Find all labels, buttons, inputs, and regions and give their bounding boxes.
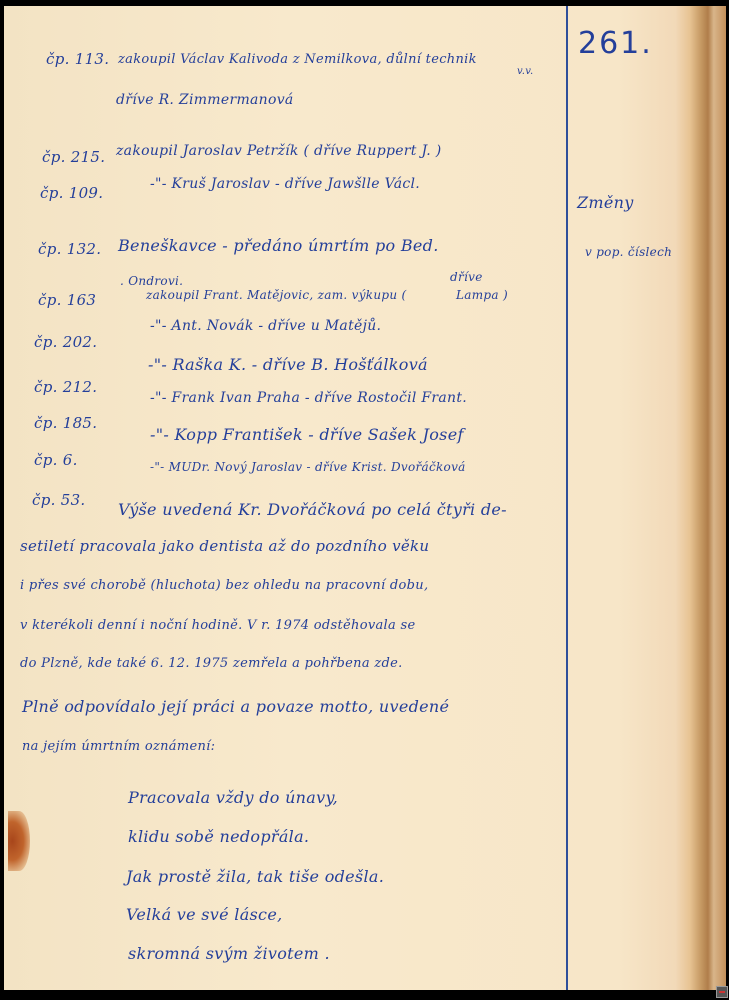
entry-text: . Ondrovi. <box>120 274 183 288</box>
entry-text: -"- Kopp František - dříve Sašek Josef <box>150 425 464 444</box>
entry-suffix: v.v. <box>517 66 533 77</box>
poem-line: skromná svým životem . <box>128 944 330 963</box>
page-number: 261. <box>578 26 653 61</box>
margin-note-line2: v pop. číslech <box>585 245 672 259</box>
entry-text: zakoupil Václav Kalivoda z Nemilkova, dů… <box>118 52 477 67</box>
entry-label: čp. 132. <box>38 240 101 258</box>
entry-text: zakoupil Frant. Matějovic, zam. výkupu ( <box>146 288 407 302</box>
margin-note-line1: Změny <box>577 193 634 212</box>
margin-rule <box>566 6 568 990</box>
scroll-indicator[interactable] <box>716 986 728 998</box>
paragraph-line: Výše uvedená Kr. Dvořáčková po celá čtyř… <box>118 500 507 519</box>
poem-line: Jak prostě žila, tak tiše odešla. <box>126 867 384 886</box>
entry-text: -"- Frank Ivan Praha - dříve Rostočil Fr… <box>150 390 467 406</box>
entry-label: čp. 215. <box>42 148 105 166</box>
entry-text: -"- MUDr. Nový Jaroslav - dříve Krist. D… <box>150 460 466 474</box>
entry-label: čp. 113. <box>46 50 109 68</box>
entry-label: čp. 109. <box>40 184 103 202</box>
paragraph-line: na jejím úmrtním oznámení: <box>22 739 215 754</box>
paragraph-line: v kterékoli denní i noční hodině. V r. 1… <box>20 618 415 633</box>
entry-label: čp. 185. <box>34 414 97 432</box>
entry-label: čp. 6. <box>34 451 78 469</box>
entry-text: -"- Ant. Novák - dříve u Matějů. <box>150 318 381 334</box>
paragraph-line: setiletí pracovala jako dentista až do p… <box>20 537 429 555</box>
entry-text: -"- Kruš Jaroslav - dříve Jawšlle Václ. <box>150 176 420 192</box>
entry-suffix: dříve <box>450 270 483 284</box>
entry-text: zakoupil Jaroslav Petržík ( dříve Rupper… <box>116 143 442 159</box>
entry-label: čp. 202. <box>34 333 97 351</box>
entry-text: dříve R. Zimmermanová <box>116 92 294 108</box>
entry-text: Beneškavce - předáno úmrtím po Bed. <box>118 236 439 255</box>
paragraph-line: i přes své chorobě (hluchota) bez ohledu… <box>20 578 428 593</box>
entry-label: čp. 53. <box>32 491 86 509</box>
entry-text: -"- Raška K. - dříve B. Hošťálková <box>148 355 428 374</box>
poem-line: klidu sobě nedopřála. <box>128 827 309 846</box>
entry-label: čp. 212. <box>34 378 97 396</box>
poem-line: Velká ve své lásce, <box>126 905 282 924</box>
paragraph-line: Plně odpovídalo její práci a povaze mott… <box>22 697 449 716</box>
poem-line: Pracovala vždy do únavy, <box>128 788 338 807</box>
entry-suffix: Lampa ) <box>456 288 508 302</box>
entry-label: čp. 163 <box>38 291 96 309</box>
paper-stain <box>8 811 30 871</box>
paragraph-line: do Plzně, kde také 6. 12. 1975 zemřela a… <box>20 656 403 671</box>
